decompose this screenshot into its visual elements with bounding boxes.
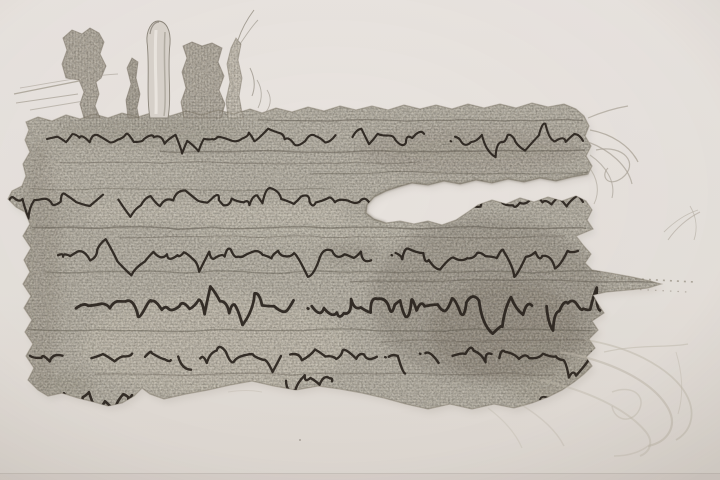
vignette [0,0,720,480]
papyrus-photo-canvas [0,0,720,480]
papyrus-photograph [0,0,720,480]
